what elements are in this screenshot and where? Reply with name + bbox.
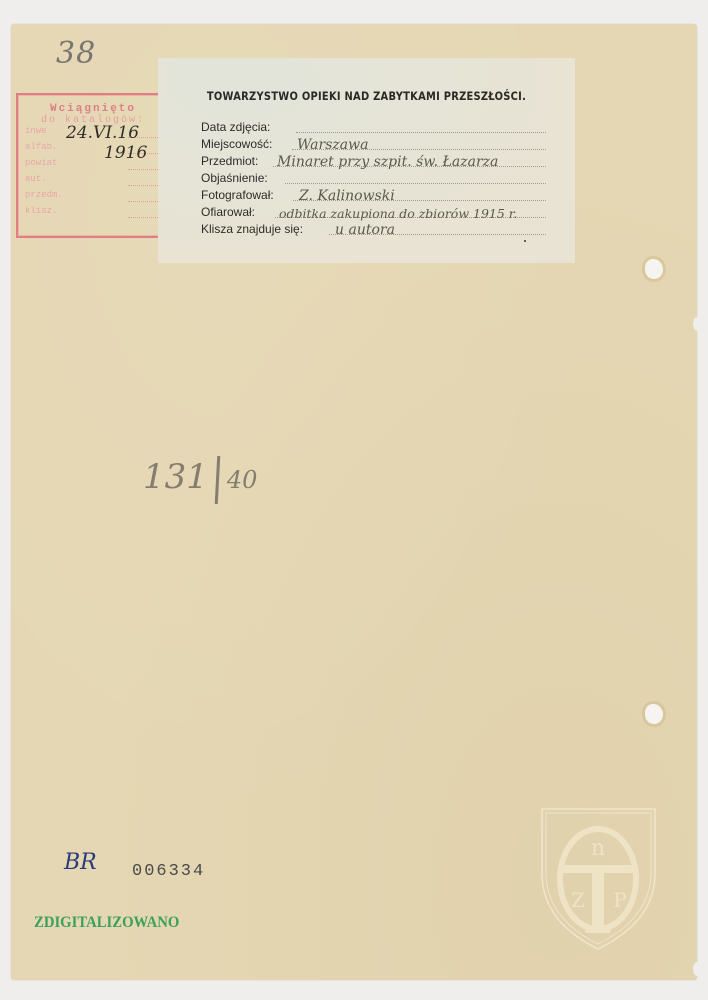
field-description: Objaśnienie:: [201, 171, 546, 188]
field-date: Data zdjęcia:: [201, 120, 546, 137]
label-card: TOWARZYSTWO OPIEKI NAD ZABYTKAMI PRZESZŁ…: [158, 58, 575, 263]
card-fields: Data zdjęcia: Miejscowość: Warszawa Prze…: [201, 120, 546, 239]
stamp-row-label: klisz.: [25, 206, 57, 216]
field-value: Minaret przy szpit. św. Łazarza: [277, 154, 498, 170]
stamp-row-label: aut.: [25, 174, 47, 184]
svg-text:P: P: [613, 888, 626, 912]
inventory-number: 006334: [132, 862, 205, 881]
field-location: Miejscowość: Warszawa: [201, 137, 546, 154]
stamp-row-label: alfab.: [25, 142, 57, 152]
field-label: Przedmiot:: [201, 154, 258, 168]
catalog-number: 13140: [143, 456, 257, 504]
field-photographer: Fotografował: Z. Kalinowski: [201, 188, 546, 205]
field-label: Miejscowość:: [201, 137, 272, 151]
stamp-row-przedm: przedm.: [18, 190, 168, 206]
stamp-row-label: przedm.: [25, 190, 63, 200]
catalog-numerator: 131: [143, 457, 208, 497]
svg-text:n: n: [591, 836, 605, 861]
field-label: Ofiarował:: [201, 205, 255, 219]
corner-number: 38: [56, 36, 96, 71]
initials-mark: BR: [64, 850, 97, 875]
catalog-divider: [215, 456, 221, 504]
society-emblem-watermark-icon: n Z P: [536, 803, 661, 953]
field-negative-location: Klisza znajduje się: u autora: [201, 222, 546, 239]
stamp-alfab-value: 1916: [104, 143, 147, 163]
svg-text:Z: Z: [571, 888, 585, 912]
archival-sheet: 38 Wciągnięto do katalogów: inwe alfab. …: [11, 24, 697, 980]
stamp-inw-value: 24.VI.16: [66, 123, 139, 143]
stamp-row-klisz: klisz.: [18, 206, 168, 222]
punch-hole-upper: [645, 259, 663, 279]
punch-hole-lower: [645, 704, 663, 724]
field-value: odbitka zakupiona do zbiorów 1915 r.: [279, 206, 517, 221]
stamp-row-aut: aut.: [18, 174, 168, 190]
field-label: Klisza znajduje się:: [201, 222, 303, 236]
field-label: Fotografował:: [201, 188, 274, 202]
field-subject: Przedmiot: Minaret przy szpit. św. Łazar…: [201, 154, 546, 171]
stamp-row-label: powiat: [25, 158, 57, 168]
field-value: Warszawa: [297, 137, 368, 153]
ink-dot: [524, 240, 526, 242]
card-title: TOWARZYSTWO OPIEKI NAD ZABYTKAMI PRZESZŁ…: [187, 89, 546, 103]
field-label: Data zdjęcia:: [201, 120, 270, 134]
edge-notch: [693, 962, 701, 976]
catalog-stamp: Wciągnięto do katalogów: inwe alfab. pow…: [16, 93, 170, 238]
stamp-row-label: inwe: [25, 126, 47, 136]
field-value: u autora: [335, 222, 395, 238]
stamp-title: Wciągnięto: [18, 103, 168, 115]
edge-notch: [693, 317, 701, 331]
digitized-stamp: ZDIGITALIZOWANO: [34, 914, 179, 932]
field-label: Objaśnienie:: [201, 171, 268, 185]
field-donor: Ofiarował: odbitka zakupiona do zbiorów …: [201, 205, 546, 222]
catalog-denominator: 40: [227, 466, 258, 494]
field-value: Z. Kalinowski: [299, 188, 395, 204]
